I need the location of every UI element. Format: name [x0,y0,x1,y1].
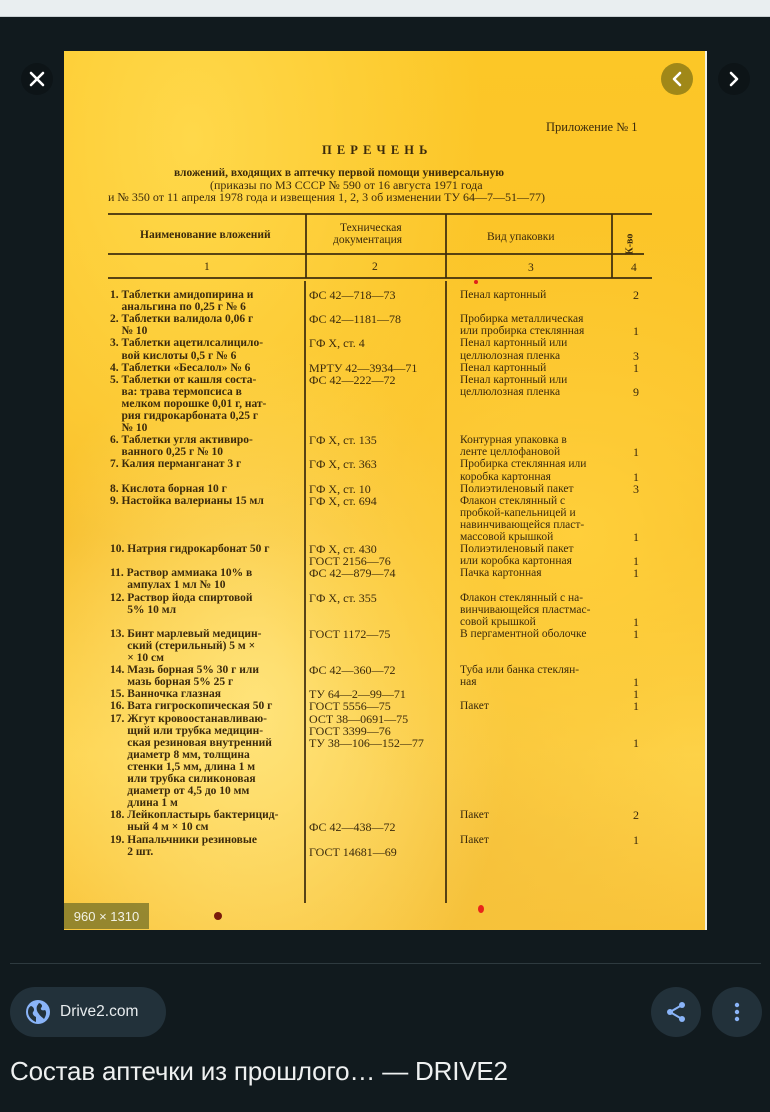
document-line: 2 шт. [110,846,153,858]
document-line: Пакет [460,809,489,821]
document-line: диаметр от 4,5 до 10 мм [110,785,249,797]
document-line: Пенал картонный [460,289,546,301]
document-line: 12. Раствор йода спиртовой [110,592,253,604]
document-line: Пенал картонный [460,362,546,374]
document-line: Пачка картонная [460,567,542,579]
document-line: 9. Настойка валерианы 15 мл [110,495,264,507]
share-button[interactable] [651,987,701,1037]
document-line: ГОСТ 5556—75 [309,700,391,712]
document-line: ГФ X, ст. 10 [309,483,371,495]
document-line: ФС 42—1181—78 [309,313,401,325]
previous-image-button[interactable] [661,63,693,95]
column-number-1: 1 [204,261,210,273]
document-line: 4. Таблетки «Бесалол» № 6 [110,362,250,374]
result-title[interactable]: Состав аптечки из прошлого… — DRIVE2 [10,1056,508,1087]
document-line: 14. Мазь борная 5% 30 г или [110,664,259,676]
document-line: 11. Раствор аммиака 10% в [110,567,252,579]
document-line: 16. Вата гигроскопическая 50 г [110,700,272,712]
document-line: 6. Таблетки угля активиро- [110,434,253,446]
body-rule-1 [304,281,306,903]
document-line: Пакет [460,834,489,846]
document-line: винчивающейся пластмас- [460,604,590,616]
document-line: № 10 [110,325,147,337]
document-line: 7. Калия перманганат 3 г [110,458,241,470]
document-line: ФС 42—438—72 [309,821,395,833]
document-line: вой кислоты 0,5 г № 6 [110,350,236,362]
close-button[interactable] [21,63,53,95]
next-image-button[interactable] [718,63,750,95]
body-rule-2 [445,281,447,903]
document-line: Полиэтиленовый пакет [460,543,574,555]
chevron-right-icon [727,71,741,87]
document-line: ленте целлофановой [460,446,560,458]
document-line: 1 [633,567,639,579]
document-line: целлюлозная пленка [460,386,560,398]
document-line: 18. Лейкопластырь бактерицид- [110,809,278,821]
document-line: Туба или банка стеклян- [460,664,579,676]
document-line: 1 [633,834,639,846]
document-line: ампулах 1 мл № 10 [110,579,225,591]
document-line: 1 [633,628,639,640]
document-line: 2 [633,289,639,301]
more-options-button[interactable] [712,987,762,1037]
document-line: ва: трава термопсиса в [110,386,242,398]
close-icon [28,70,46,88]
column-rule-2 [445,214,447,278]
document-line: 9 [633,386,639,398]
document-line: 1 [633,700,639,712]
document-line: 5% 10 мл [110,604,176,616]
document-line: ная [460,676,477,688]
document-line: ский (стерильный) 5 м × [110,640,255,652]
table-top-rule [108,213,652,215]
share-icon [664,1000,688,1024]
document-line: целлюлозная пленка [460,350,560,362]
document-line: Флакон стеклянный с на- [460,592,583,604]
document-line: навинчивающейся пласт- [460,519,584,531]
document-line: ТУ 38—106—152—77 [309,737,424,749]
header-sub-rule [108,253,644,255]
document-line: Пробирка металлическая [460,313,583,325]
column-number-3: 3 [528,262,534,274]
document-line: ный 4 м × 10 см [110,821,208,833]
more-vertical-icon [725,1000,749,1024]
document-line: совой крышкой [460,616,536,628]
document-line: 2 [633,809,639,821]
document-line: 15. Ванночка глазная [110,688,221,700]
document-line: ГОСТ 3399—76 [309,725,391,737]
document-line: Пенал картонный или [460,374,567,386]
column-number-4: 4 [631,262,637,274]
document-line: ГФ X, ст. 363 [309,458,377,470]
browser-top-bar [0,0,770,17]
document-line: 1 [633,737,639,749]
document-line: Пакет [460,700,489,712]
document-line: ГФ X, ст. 355 [309,592,377,604]
document-line: пробкой-капельницей и [460,507,576,519]
column-rule-1 [305,214,307,278]
document-line: 3. Таблетки ацетилсалицило- [110,337,263,349]
document-line: 10. Натрия гидрокарбонат 50 г [110,543,270,555]
document-line: 3 [633,483,639,495]
document-line: 2. Таблетки валидола 0,06 г [110,313,253,325]
document-line: ФС 42—718—73 [309,289,395,301]
document-line: ГОСТ 1172—75 [309,628,390,640]
column-header-qty: К-во [624,234,636,255]
document-line: или коробка картонная [460,555,572,567]
document-line: 1 [633,362,639,374]
document-line: ФС 42—360—72 [309,664,395,676]
document-line: ванного 0,25 г № 10 [110,446,223,458]
document-line: 8. Кислота борная 10 г [110,483,227,495]
document-line: ГФ X, ст. 4 [309,337,365,349]
document-line: или трубка силиконовая [110,773,256,785]
document-line: 1 [633,446,639,458]
column-number-2: 2 [372,261,378,273]
document-line: Пробирка стеклянная или [460,458,586,470]
document-line: рия гидрокарбоната 0,25 г [110,410,258,422]
column-header-package: Вид упаковки [487,231,554,243]
document-line: диаметр 8 мм, толщина [110,749,250,761]
document-line: ГФ X, ст. 694 [309,495,377,507]
document-line: Пенал картонный или [460,337,567,349]
document-line: 1. Таблетки амидопирина и [110,289,253,301]
document-line: щий или трубка медицин- [110,725,263,737]
document-line: 1 [633,325,639,337]
document-line: ФС 42—222—72 [309,374,395,386]
document-line: анальгина по 0,25 г № 6 [110,301,246,313]
document-line: коробка картонная [460,471,551,483]
document-line: ОСТ 38—0691—75 [309,713,408,725]
document-line: 17. Жгут кровоостанавливаю- [110,713,267,725]
chevron-left-icon [670,71,684,87]
header-bottom-rule [108,277,652,279]
divider [10,963,761,964]
document-title: П Е Р Е Ч Е Н Ь [322,144,428,156]
document-line: № 10 [110,422,147,434]
document-line: 3 [633,350,639,362]
document-line: Флакон стеклянный с [460,495,565,507]
document-line: стенки 1,5 мм, длина 1 м [110,761,255,773]
document-line: Полиэтиленовый пакет [460,483,574,495]
document-line: ГОСТ 14681—69 [309,846,397,858]
column-header-name: Наименование вложений [140,229,271,241]
document-line: ская резиновая внутренний [110,737,272,749]
image-dimensions-badge: 960 × 1310 [64,903,149,929]
ink-spot [474,280,478,284]
column-rule-3 [611,214,613,278]
document-line: массовой крышкой [460,531,553,543]
document-line: В пергаментной оболочке [460,628,586,640]
document-line: 13. Бинт марлевый медицин- [110,628,261,640]
appendix-label: Приложение № 1 [546,121,638,133]
source-link[interactable]: Drive2.com [10,987,166,1037]
document-line: ФС 42—879—74 [309,567,395,579]
document-image[interactable]: Приложение № 1 П Е Р Е Ч Е Н Ь вложений,… [64,51,707,930]
document-line: 5. Таблетки от кашля соста- [110,374,256,386]
document-line: мазь борная 5% 25 г [110,676,233,688]
document-subtitle-3: и № 350 от 11 апреля 1978 года и извещен… [108,191,545,203]
column-header-techdoc-2: документация [333,234,402,246]
document-line: × 10 см [110,652,164,664]
document-line: 1 [633,471,639,483]
document-line: Контурная упаковка в [460,434,567,446]
document-line: 1 [633,531,639,543]
globe-icon [24,998,52,1026]
document-line: или пробирка стеклянная [460,325,584,337]
document-line: мелком порошке 0,01 г, нат- [110,398,266,410]
document-line: 19. Напальчники резиновые [110,834,257,846]
ink-spot [478,905,484,913]
document-line: МРТУ 42—3934—71 [309,362,417,374]
ink-spot [214,912,222,920]
document-line: ГФ X, ст. 135 [309,434,377,446]
column-header-techdoc-1: Техническая [340,222,402,234]
source-label: Drive2.com [60,1003,138,1021]
document-line: длина 1 м [110,797,178,809]
